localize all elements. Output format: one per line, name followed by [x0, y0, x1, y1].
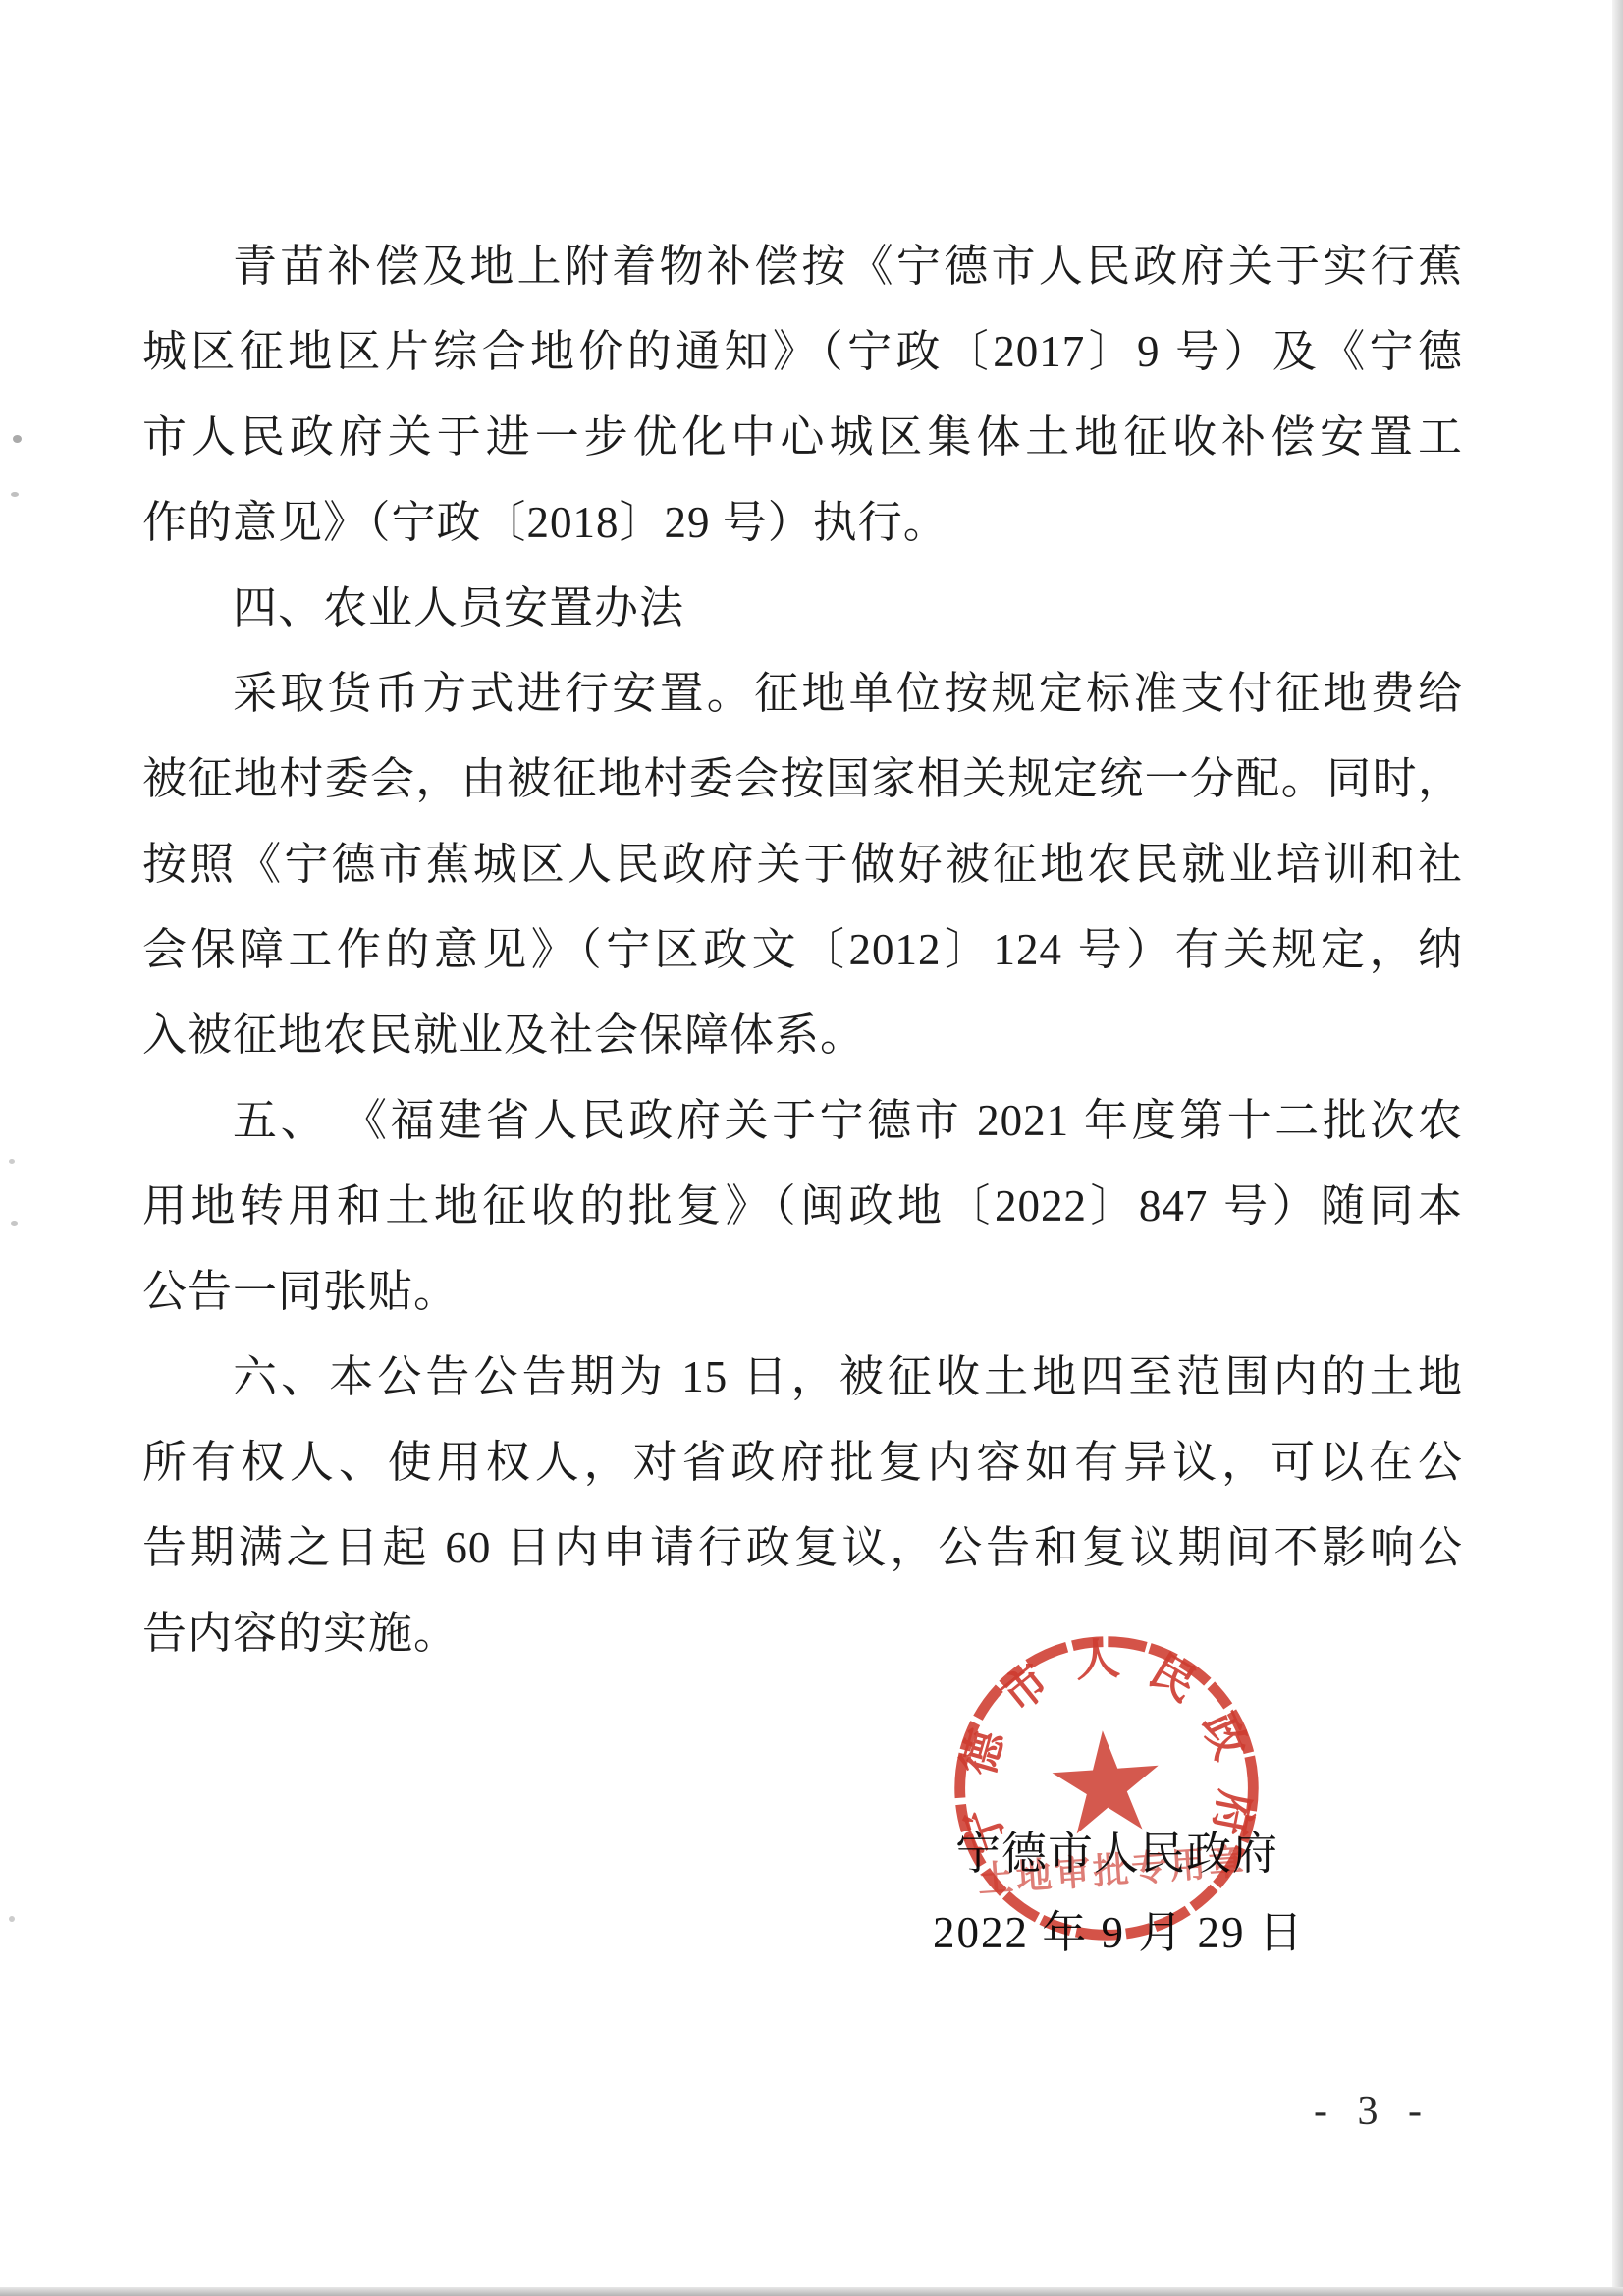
section-heading-five: 五、 《福建省人民政府关于宁德市 2021 年度第十二批次农 [142, 1078, 1463, 1164]
text-line: 告期满之日起 60 日内申请行政复议，公告和复议期间不影响公 [142, 1505, 1463, 1591]
signature-date: 2022 年 9 月 29 日 [933, 1896, 1305, 1960]
text-line: 所有权人、使用权人，对省政府批复内容如有异议，可以在公 [142, 1420, 1463, 1505]
text-line: 按照《宁德市蕉城区人民政府关于做好被征地农民就业培训和社 [142, 822, 1463, 907]
section-heading-six: 六、本公告公告期为 15 日，被征收土地四至范围内的土地 [142, 1335, 1463, 1420]
scan-speck [11, 1221, 18, 1226]
scan-speck [9, 1159, 15, 1164]
signature-issuer: 宁德市人民政府 [955, 1818, 1278, 1883]
scan-speck [9, 1916, 15, 1922]
text-line: 作的意见》（宁政〔2018〕29 号）执行。 [142, 480, 1463, 566]
text-line: 城区征地区片综合地价的通知》（宁政〔2017〕9 号）及《宁德 [142, 309, 1463, 395]
text-line: 入被征地农民就业及社会保障体系。 [142, 993, 1463, 1078]
text-line: 市人民政府关于进一步优化中心城区集体土地征收补偿安置工 [142, 395, 1463, 480]
text-line: 被征地村委会，由被征地村委会按国家相关规定统一分配。同时， [142, 737, 1463, 822]
announcement-body: 青苗补偿及地上附着物补偿按《宁德市人民政府关于实行蕉 城区征地区片综合地价的通知… [142, 224, 1463, 1676]
text-line: 公告一同张贴。 [142, 1249, 1463, 1335]
page-number: - 3 - [1314, 2088, 1432, 2135]
text-line: 告内容的实施。 [142, 1591, 1463, 1676]
scan-speck [11, 492, 19, 497]
scan-edge-bottom [0, 2287, 1623, 2296]
text-line: 用地转用和土地征收的批复》（闽政地〔2022〕847 号）随同本 [142, 1164, 1463, 1249]
scan-speck [13, 435, 22, 443]
text-line: 采取货币方式进行安置。征地单位按规定标准支付征地费给 [142, 651, 1463, 737]
scanned-document-page: 青苗补偿及地上附着物补偿按《宁德市人民政府关于实行蕉 城区征地区片综合地价的通知… [0, 0, 1623, 2296]
text-line: 青苗补偿及地上附着物补偿按《宁德市人民政府关于实行蕉 [142, 224, 1463, 309]
text-line: 会保障工作的意见》（宁区政文〔2012〕124 号）有关规定，纳 [142, 907, 1463, 993]
section-heading-four: 四、农业人员安置办法 [142, 566, 1463, 651]
scan-edge-right [1612, 0, 1623, 2296]
